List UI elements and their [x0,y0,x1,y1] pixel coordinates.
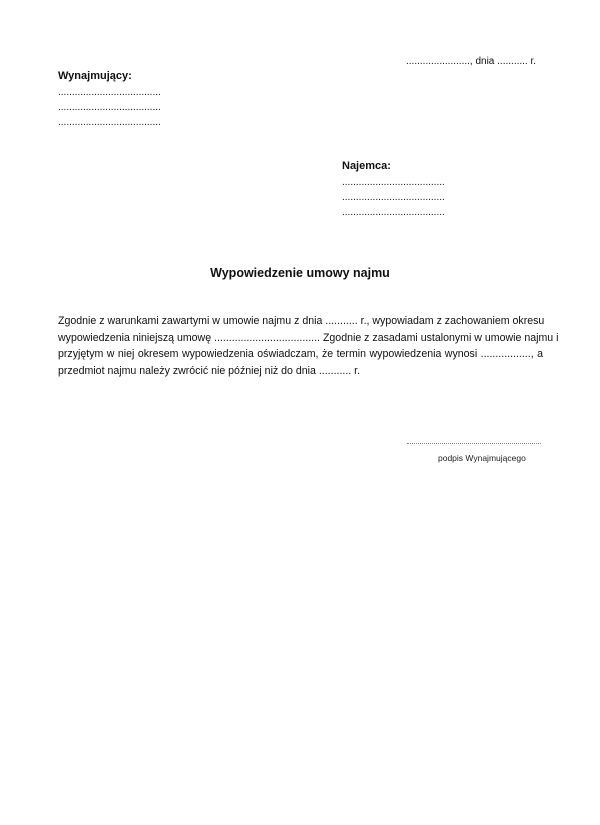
signature-label: podpis Wynajmującego [438,453,526,463]
signature-line [407,443,541,444]
body-line-1: Zgodnie z warunkami zawartymi w umowie n… [58,313,543,330]
landlord-line-2: ..................................... [58,101,161,115]
tenant-label: Najemca: [342,160,391,172]
landlord-label: Wynajmujący: [58,70,132,82]
place-date-line: ......................., dnia ..........… [406,56,536,67]
tenant-line-1: ..................................... [342,176,445,190]
tenant-line-3: ..................................... [342,206,445,220]
body-line-2: wypowiedzenia niniejszą umowę ..........… [58,330,543,347]
body-line-4: przedmiot najmu należy zwrócić nie późni… [58,363,543,380]
landlord-line-1: ..................................... [58,86,161,100]
landlord-line-3: ..................................... [58,116,161,130]
document-body: Zgodnie z warunkami zawartymi w umowie n… [58,313,543,379]
body-line-3: przyjętym w niej okresem wypowiedzenia o… [58,346,543,363]
tenant-line-2: ..................................... [342,191,445,205]
document-title: Wypowiedzenie umowy najmu [0,266,600,280]
